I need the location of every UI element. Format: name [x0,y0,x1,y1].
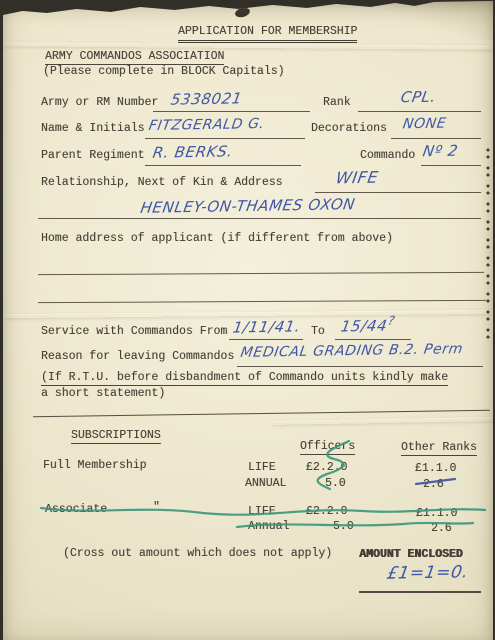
block-capitals-instruction: (Please complete in BLOCK Capitals) [43,65,285,78]
full-annual-period: ANNUAL [245,477,286,490]
army-number-label: Army or RM Number [41,96,158,109]
service-to-query-mark: ? [387,314,396,328]
associate-life-period: LIFE [248,505,276,518]
blank-ruled-line [38,300,486,303]
next-of-kin-value: WIFE [334,168,379,188]
service-from-value: 1/11/41. [231,317,301,336]
cross-out-note: (Cross out amount which does not apply) [63,547,332,560]
field-underline [229,339,303,340]
field-underline [145,165,301,166]
full-life-officers-amount: £2.2.0 [306,461,347,474]
parent-regiment-value: R. BERKS. [151,142,234,161]
decorations-label: Decorations [311,122,387,135]
field-underline [358,111,481,112]
paper-crease [3,310,493,318]
full-annual-officers-amount: 5.0 [325,477,346,490]
full-annual-other-ranks-amount: 2.6 [423,478,444,491]
service-to-date: 15/44 [339,317,388,336]
officers-column-header: Officers [300,440,355,455]
form-title: APPLICATION FOR MEMBERSHIP [178,25,357,43]
associate-annual-officers-amount: 5.0 [333,520,354,533]
other-ranks-column-header: Other Ranks [401,441,477,456]
service-to-label: To [311,325,325,338]
paper-crease [272,417,493,425]
reason-leaving-value: MEDICAL GRADING B.2. Perm [239,341,464,361]
rtu-note-line1: (If R.T.U. before disbandment of Command… [41,371,448,386]
right-edge-perforation-dots [486,148,491,346]
full-life-other-ranks-amount: £1.1.0 [415,462,456,475]
field-underline [237,366,483,367]
field-underline [153,111,310,112]
subscriptions-heading: SUBSCRIPTIONS [71,429,161,444]
field-underline [391,138,481,139]
service-to-value: 15/44? [339,317,395,336]
next-of-kin-label: Relationship, Next of Kin & Address [41,176,283,189]
field-underline [38,218,481,219]
amount-enclosed-label: AMOUNT ENCLOSED [359,548,463,561]
association-name: ARMY COMMANDOS ASSOCIATION [45,50,224,65]
rank-label: Rank [323,96,351,109]
section-divider-rule [33,410,490,417]
paper-crease [3,42,493,49]
amount-enclosed-underline [359,591,481,593]
name-initials-value: FITZGERALD G. [148,116,266,134]
home-address-label: Home address of applicant (if different … [41,232,393,245]
scanned-form-page: APPLICATION FOR MEMBERSHIP ARMY COMMANDO… [0,0,495,640]
parent-regiment-label: Parent Regiment [41,149,145,162]
full-life-period: LIFE [248,461,276,474]
name-initials-label: Name & Initials [41,122,145,135]
decorations-value: NONE [402,116,448,133]
reason-leaving-label: Reason for leaving Commandos [41,350,234,363]
associate-annual-period: Annual [248,520,289,533]
field-underline [335,339,411,340]
amount-enclosed-value: £1=1=0. [385,562,470,583]
next-of-kin-address-value: HENLEY-ON-THAMES OXON [139,195,356,217]
rank-value: CPL. [400,88,438,107]
blank-ruled-line [38,272,484,275]
service-dates-label: Service with Commandos From [41,325,227,338]
associate-life-officers-amount: £2.2.0 [306,505,347,518]
commando-label: Commando [360,149,415,162]
rtu-note-line2: a short statement) [41,387,165,400]
army-number-value: 5338021 [169,89,243,108]
field-underline [421,165,481,166]
associate-label: Associate [45,503,107,516]
field-underline [315,192,481,193]
commando-value: Nº 2 [422,142,460,161]
associate-life-other-ranks-amount: £1.1.0 [416,507,457,520]
paper-fold-crease [373,0,493,40]
field-underline [145,138,305,139]
associate-annual-other-ranks-amount: 2.6 [431,522,452,535]
associate-ditto-mark: " [153,501,160,514]
staple-hole-mark [234,6,251,18]
full-membership-label: Full Membership [43,459,147,472]
paper-sheet: APPLICATION FOR MEMBERSHIP ARMY COMMANDO… [3,0,493,640]
